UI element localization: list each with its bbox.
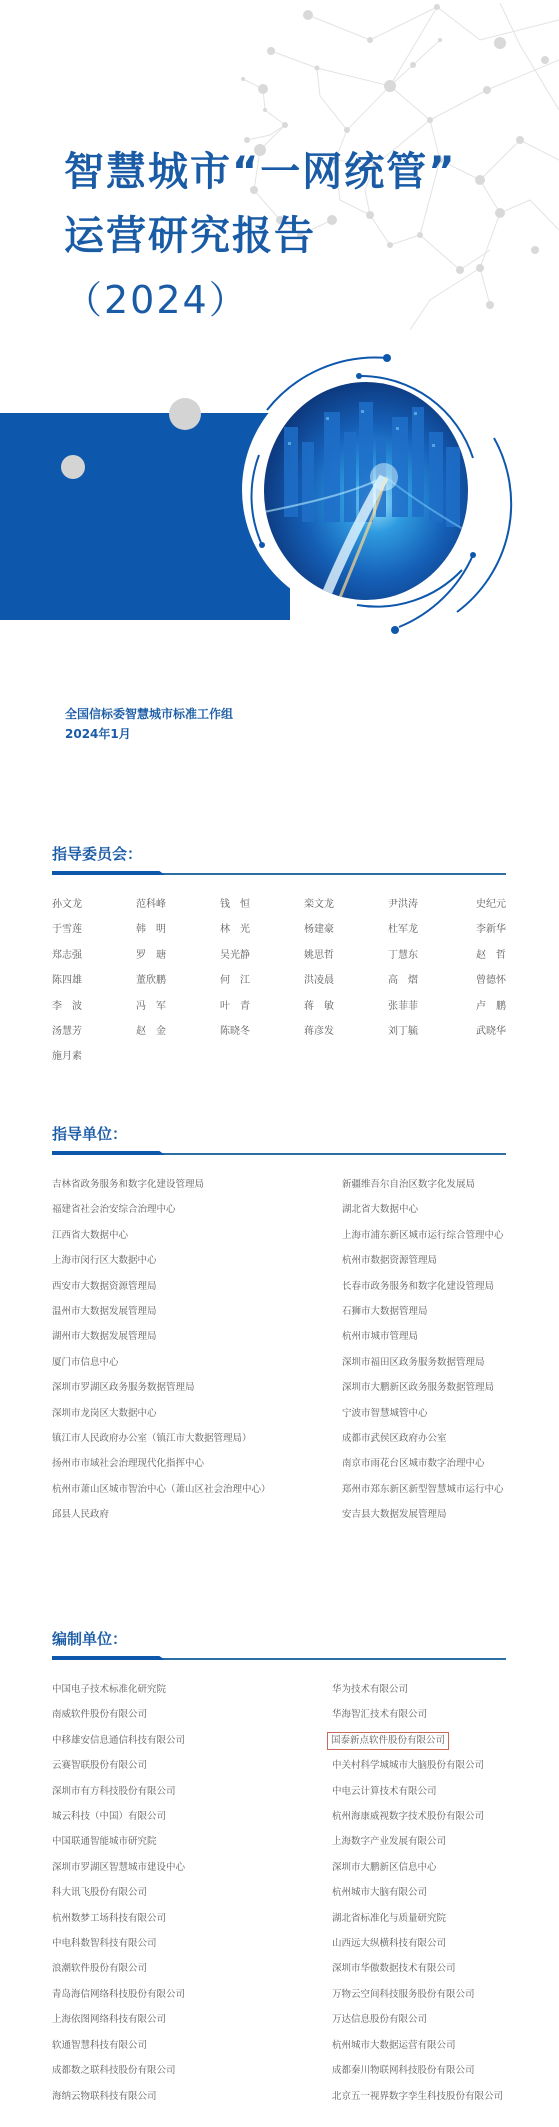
title-year: （2024） <box>64 268 457 332</box>
compiling-unit-item: 山西远大纵横科技有限公司 <box>332 1931 506 1956</box>
guiding-unit-item: 深圳市大鹏新区政务服务数据管理局 <box>342 1375 506 1400</box>
committee-name-grid: 孙文龙范科峰钱 恒栾文龙尹洪涛史纪元于雪莲韩 明林 光杨建豪杜军龙李新华郑志强罗… <box>52 892 506 1070</box>
committee-member-name: 姚思哲 <box>304 943 388 968</box>
compiling-unit-item: 南威软件股份有限公司 <box>52 1702 332 1727</box>
compiling-unit-item-highlighted: 国泰新点软件股份有限公司 <box>332 1728 506 1753</box>
guiding-unit-item: 西安市大数据资源管理局 <box>52 1274 342 1299</box>
committee-member-name: 蒋彦发 <box>304 1019 388 1044</box>
committee-member-name: 李新华 <box>472 917 506 942</box>
grey-dot-large <box>169 398 201 430</box>
committee-member-name: 董欣鹏 <box>136 968 220 993</box>
committee-member-name: 叶 青 <box>220 994 304 1019</box>
guiding-unit-item: 深圳市龙岗区大数据中心 <box>52 1401 342 1426</box>
city-skyline-icon <box>264 382 468 600</box>
committee-member-name: 于雪莲 <box>52 917 136 942</box>
guiding-unit-item: 吉林省政务服务和数字化建设管理局 <box>52 1172 342 1197</box>
guiding-unit-item: 宁波市智慧城管中心 <box>342 1401 506 1426</box>
committee-member-name: 冯 军 <box>136 994 220 1019</box>
committee-member-name: 陈四雄 <box>52 968 136 993</box>
guiding-unit-item: 长春市政务服务和数字化建设管理局 <box>342 1274 506 1299</box>
committee-member-name: 钱 恒 <box>220 892 304 917</box>
committee-member-name: 吴光静 <box>220 943 304 968</box>
compiling-unit-item: 城云科技（中国）有限公司 <box>52 1804 332 1829</box>
compiling-unit-item: 中关村科学城城市大脑股份有限公司 <box>332 1753 506 1778</box>
section-title: 指导单位： <box>52 1123 506 1145</box>
guiding-unit-item: 新疆维吾尔自治区数字化发展局 <box>342 1172 506 1197</box>
compiling-unit-item: 云赛智联股份有限公司 <box>52 1753 332 1778</box>
guiding-unit-item: 深圳市福田区政务服务数据管理局 <box>342 1350 506 1375</box>
hero-city-image <box>264 382 468 600</box>
compiling-unit-item: 中电科数智科技有限公司 <box>52 1931 332 1956</box>
guiding-unit-item: 邱县人民政府 <box>52 1502 342 1527</box>
committee-member-name: 韩 明 <box>136 917 220 942</box>
compiling-unit-item: 中国电子技术标准化研究院 <box>52 1677 332 1702</box>
guiding-unit-item: 杭州市萧山区城市智治中心（萧山区社会治理中心） <box>52 1477 342 1502</box>
committee-member-name: 李 波 <box>52 994 136 1019</box>
compiling-unit-item: 万物云空间科技服务股份有限公司 <box>332 1982 506 2007</box>
committee-member-name: 杜军龙 <box>388 917 472 942</box>
committee-member-name: 赵 金 <box>136 1019 220 1044</box>
compiling-unit-item: 中国联通智能城市研究院 <box>52 1829 332 1854</box>
committee-member-name: 林 光 <box>220 917 304 942</box>
steering-committee-section: 指导委员会： 孙文龙范科峰钱 恒栾文龙尹洪涛史纪元于雪莲韩 明林 光杨建豪杜军龙… <box>52 843 506 1070</box>
committee-member-name: 赵 哲 <box>472 943 506 968</box>
highlight-box: 国泰新点软件股份有限公司 <box>328 1733 448 1749</box>
committee-member-name: 丁慧东 <box>388 943 472 968</box>
committee-member-name: 卢 鹏 <box>472 994 506 1019</box>
committee-member-name: 刘丁毓 <box>388 1019 472 1044</box>
title-line-2: 运营研究报告 <box>64 204 457 268</box>
committee-member-name: 高 熠 <box>388 968 472 993</box>
guiding-unit-item: 杭州市数据资源管理局 <box>342 1248 506 1273</box>
guiding-unit-item: 杭州市城市管理局 <box>342 1324 506 1349</box>
committee-member-name: 栾文龙 <box>304 892 388 917</box>
guiding-unit-item: 成都市武侯区政府办公室 <box>342 1426 506 1451</box>
committee-member-name: 罗 瑭 <box>136 943 220 968</box>
committee-member-name: 武晓华 <box>472 1019 506 1044</box>
compiling-unit-item: 深圳市有方科技股份有限公司 <box>52 1779 332 1804</box>
compiling-unit-item: 杭州城市大脑有限公司 <box>332 1880 506 1905</box>
guiding-unit-item: 郑州市郑东新区新型智慧城市运行中心 <box>342 1477 506 1502</box>
section-divider <box>52 1656 506 1660</box>
section-divider <box>52 871 506 875</box>
guiding-unit-item: 扬州市市域社会治理现代化指挥中心 <box>52 1451 342 1476</box>
section-divider <box>52 1151 506 1155</box>
section-title: 编制单位： <box>52 1628 506 1650</box>
compiling-unit-item: 深圳市华傲数据技术有限公司 <box>332 1956 506 1981</box>
compiling-unit-item: 成都秦川物联网科技股份有限公司 <box>332 2058 506 2083</box>
guiding-unit-item: 上海市闵行区大数据中心 <box>52 1248 342 1273</box>
compiling-unit-item: 华为技术有限公司 <box>332 1677 506 1702</box>
committee-member-name: 曾德怀 <box>472 968 506 993</box>
guiding-unit-item: 厦门市信息中心 <box>52 1350 342 1375</box>
committee-member-name: 杨建豪 <box>304 917 388 942</box>
compiling-unit-item: 杭州海康威视数字技术股份有限公司 <box>332 1804 506 1829</box>
compiling-unit-item: 软通智慧科技有限公司 <box>52 2033 332 2058</box>
committee-member-name: 孙文龙 <box>52 892 136 917</box>
grey-dot-small <box>61 455 85 479</box>
guiding-unit-item: 湖北省大数据中心 <box>342 1197 506 1222</box>
committee-member-name: 汤慧芳 <box>52 1019 136 1044</box>
guiding-unit-item: 福建省社会治安综合治理中心 <box>52 1197 342 1222</box>
compiling-unit-item: 青岛海信网络科技股份有限公司 <box>52 1982 332 2007</box>
title-line-1: 智慧城市“一网统管” <box>64 140 457 204</box>
guiding-units-grid: 吉林省政务服务和数字化建设管理局新疆维吾尔自治区数字化发展局福建省社会治安综合治… <box>52 1172 506 1528</box>
section-title: 指导委员会： <box>52 843 506 865</box>
compiling-unit-item: 上海依图网络科技有限公司 <box>52 2007 332 2032</box>
guiding-unit-item: 深圳市罗湖区政务服务数据管理局 <box>52 1375 342 1400</box>
compiling-unit-item: 中电云计算技术有限公司 <box>332 1779 506 1804</box>
guiding-unit-item: 安吉县大数据发展管理局 <box>342 1502 506 1527</box>
issue-date: 2024年1月 <box>65 724 233 744</box>
compiling-unit-item: 万达信息股份有限公司 <box>332 2007 506 2032</box>
report-title: 智慧城市“一网统管” 运营研究报告 （2024） <box>64 140 457 332</box>
compiling-units-section: 编制单位： 中国电子技术标准化研究院华为技术有限公司南威软件股份有限公司华海智汇… <box>52 1628 506 2109</box>
guiding-unit-item: 镇江市人民政府办公室（镇江市大数据管理局） <box>52 1426 342 1451</box>
committee-member-name: 郑志强 <box>52 943 136 968</box>
committee-member-name: 史纪元 <box>472 892 506 917</box>
issuer-name: 全国信标委智慧城市标准工作组 <box>65 704 233 724</box>
compiling-unit-item: 湖北省标准化与质量研究院 <box>332 1906 506 1931</box>
guiding-unit-item: 江西省大数据中心 <box>52 1223 342 1248</box>
compiling-unit-item: 北京五一视界数字孪生科技股份有限公司 <box>332 2084 506 2109</box>
compiling-units-grid: 中国电子技术标准化研究院华为技术有限公司南威软件股份有限公司华海智汇技术有限公司… <box>52 1677 506 2109</box>
guiding-unit-item: 湖州市大数据发展管理局 <box>52 1324 342 1349</box>
compiling-unit-item: 海纳云物联科技有限公司 <box>52 2084 332 2109</box>
compiling-unit-item: 科大讯飞股份有限公司 <box>52 1880 332 1905</box>
compiling-unit-item: 上海数字产业发展有限公司 <box>332 1829 506 1854</box>
compiling-unit-item: 深圳市罗湖区智慧城市建设中心 <box>52 1855 332 1880</box>
committee-member-name: 何 江 <box>220 968 304 993</box>
committee-member-name: 尹洪涛 <box>388 892 472 917</box>
committee-member-name: 范科峰 <box>136 892 220 917</box>
compiling-unit-item: 杭州城市大数据运营有限公司 <box>332 2033 506 2058</box>
compiling-unit-item: 华海智汇技术有限公司 <box>332 1702 506 1727</box>
committee-member-name: 陈晓冬 <box>220 1019 304 1044</box>
guiding-unit-item: 南京市雨花台区城市数字治理中心 <box>342 1451 506 1476</box>
committee-member-name: 施月素 <box>52 1044 136 1069</box>
committee-member-name: 蒋 敏 <box>304 994 388 1019</box>
committee-member-name: 张菲菲 <box>388 994 472 1019</box>
compiling-unit-item: 深圳市大鹏新区信息中心 <box>332 1855 506 1880</box>
issuer-block: 全国信标委智慧城市标准工作组 2024年1月 <box>65 704 233 744</box>
compiling-unit-item: 成都数之联科技股份有限公司 <box>52 2058 332 2083</box>
guiding-unit-item: 上海市浦东新区城市运行综合管理中心 <box>342 1223 506 1248</box>
compiling-unit-item: 中移雄安信息通信科技有限公司 <box>52 1728 332 1753</box>
guiding-unit-item: 石狮市大数据管理局 <box>342 1299 506 1324</box>
guiding-unit-item: 温州市大数据发展管理局 <box>52 1299 342 1324</box>
compiling-unit-item: 浪潮软件股份有限公司 <box>52 1956 332 1981</box>
committee-member-name: 洪凌晨 <box>304 968 388 993</box>
compiling-unit-item: 杭州数梦工场科技有限公司 <box>52 1906 332 1931</box>
guiding-units-section: 指导单位： 吉林省政务服务和数字化建设管理局新疆维吾尔自治区数字化发展局福建省社… <box>52 1123 506 1528</box>
